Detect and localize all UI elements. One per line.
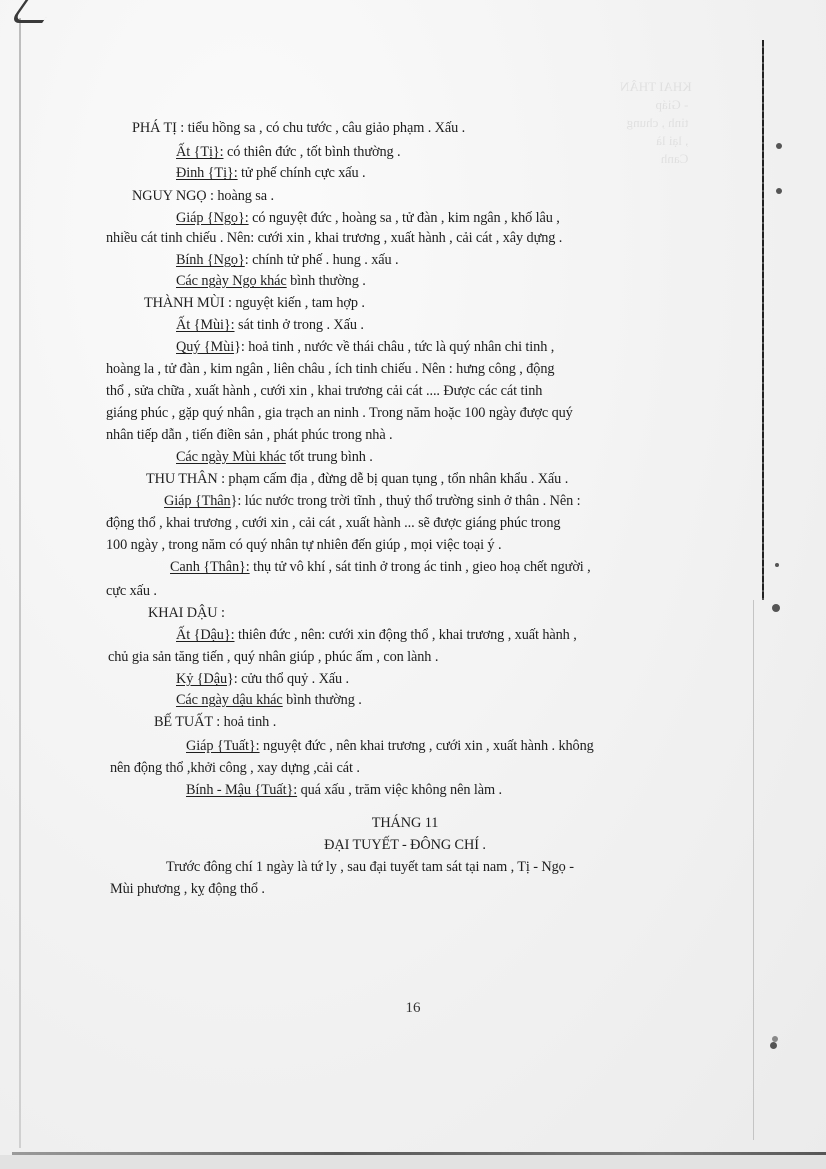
punch-hole [772,604,780,612]
day-line: Ất {Tị}: có thiên đức , tốt bình thường … [176,144,401,161]
day-line-cont: thổ , sửa chữa , xuất hành , cưới xin , … [106,383,542,400]
entry-desc: : hoả tinh . [213,714,276,730]
entry-title: THU THÂN [146,471,218,487]
section-intro-cont: Mùi phương , kỵ động thổ . [110,881,265,898]
entry-heading: THU THÂN : phạm cấm địa , đừng dễ bị qua… [146,471,568,488]
page-edge-bottom [12,1152,826,1155]
solar-terms-heading: ĐẠI TUYẾT - ĐÔNG CHÍ . [0,837,818,854]
entry-title: PHÁ TỊ [132,120,177,136]
day-text: tốt trung bình . [286,449,373,465]
entry-title: KHAI DẬU [148,605,217,621]
day-label: Giáp {Thân [164,493,231,509]
day-text: có thiên đức , tốt bình thường . [223,144,400,160]
day-text: có nguyệt đức , hoàng sa , tử đàn , kim … [249,210,560,226]
day-label: Bính {Ngọ} [176,252,245,268]
day-text: : chính tử phế . hung . xấu . [245,252,399,268]
day-line: Bính - Mậu {Tuất}: quá xấu , trăm việc k… [186,782,502,799]
entry-heading: KHAI DẬU : [148,605,225,622]
day-line: Các ngày Ngọ khác bình thường . [176,273,366,290]
day-label: Ất {Tị}: [176,144,223,160]
day-line-cont: cực xấu . [106,583,157,600]
day-label: Các ngày dậu khác [176,692,283,708]
punch-hole [776,143,782,149]
day-line-cont: 100 ngày , trong năm có quý nhân tự nhiê… [106,537,501,554]
day-line: Ất {Dậu}: thiên đức , nên: cưới xin động… [176,627,577,644]
entry-desc: : tiểu hồng sa , có chu tước , câu giảo … [177,120,465,136]
day-line-cont: hoàng la , tử đàn , kim ngân , liên châu… [106,361,554,378]
page-number: 16 [0,1000,826,1017]
day-label: Giáp {Ngọ}: [176,210,249,226]
day-line: Kỷ {Dậu}: cửu thổ quỷ . Xấu . [176,671,349,688]
day-text: bình thường . [287,273,366,289]
entry-heading: THÀNH MÙI : nguyệt kiến , tam hợp . [144,295,365,312]
day-line-cont: nên động thổ ,khởi công , xay dựng ,cải … [110,760,360,777]
day-text: nguyệt đức , nên khai trương , cưới xin … [260,738,594,754]
day-label: Các ngày Mùi khác [176,449,286,465]
day-label: Các ngày Ngọ khác [176,273,287,289]
day-text: tử phế chính cực xấu . [238,165,366,181]
punch-hole [776,188,782,194]
day-line-cont: chủ gia sản tăng tiến , quý nhân giúp , … [108,649,438,666]
day-line-cont: nhiều cát tinh chiếu . Nên: cưới xin , k… [106,230,562,247]
entry-title: NGUY NGỌ [132,188,207,204]
entry-heading: NGUY NGỌ : hoàng sa . [132,188,274,205]
day-line: Giáp {Thân}: lúc nước trong trời tĩnh , … [164,493,581,510]
day-line: Giáp {Tuất}: nguyệt đức , nên khai trươn… [186,738,594,755]
day-text: thiên đức , nên: cưới xin động thổ , kha… [235,627,577,643]
entry-heading: PHÁ TỊ : tiểu hồng sa , có chu tước , câ… [132,120,465,137]
day-text: quá xấu , trăm việc không nên làm . [297,782,502,798]
day-label: Canh {Thân}: [170,559,250,575]
day-text: }: hoả tinh , nước về thái châu , tức là… [234,339,554,355]
day-label: Bính - Mậu {Tuất}: [186,782,297,798]
day-label: Đinh {Tị}: [176,165,238,181]
entry-desc: : [217,605,224,621]
day-line-cont: nhân tiếp dẫn , tiến điền sản , phát phú… [106,427,393,444]
entry-desc: : nguyệt kiến , tam hợp . [225,295,365,311]
day-line: Các ngày Mùi khác tốt trung bình . [176,449,373,466]
entry-title: BẾ TUẤT [154,714,213,730]
day-label: Quý {Mùi [176,339,234,355]
section-intro: Trước đông chí 1 ngày là tứ ly , sau đại… [166,859,574,876]
entry-title: THÀNH MÙI [144,295,225,311]
folded-corner [9,0,60,23]
entry-heading: BẾ TUẤT : hoả tinh . [154,714,276,731]
day-text: }: cửu thổ quỷ . Xấu . [227,671,349,687]
punch-hole [775,563,779,567]
day-text: }: lúc nước trong trời tĩnh , thuỷ thổ t… [231,493,581,509]
page-edge-left [19,18,21,1148]
day-line: Giáp {Ngọ}: có nguyệt đức , hoàng sa , t… [176,210,560,227]
day-label: Ất {Mùi}: [176,317,235,333]
day-text: sát tinh ở trong . Xấu . [235,317,364,333]
bleed-through: KHAI THÂN - Giáp tinh , chung , lại là C… [620,78,692,168]
day-line: Bính {Ngọ}: chính tử phế . hung . xấu . [176,252,399,269]
day-line: Canh {Thân}: thụ tử vô khí , sát tinh ở … [170,559,591,576]
day-label: Giáp {Tuất}: [186,738,260,754]
binding-line [762,40,764,600]
day-text: thụ tử vô khí , sát tinh ở trong ác tinh… [250,559,591,575]
day-line: Đinh {Tị}: tử phế chính cực xấu . [176,165,366,182]
day-label: Kỷ {Dậu [176,671,227,687]
month-heading: THÁNG 11 [0,815,818,832]
day-label: Ất {Dậu}: [176,627,235,643]
day-line-cont: giáng phúc , gặp quý nhân , gia trạch an… [106,405,573,422]
day-line: Các ngày dậu khác bình thường . [176,692,362,709]
entry-desc: : hoàng sa . [207,188,274,204]
day-text: bình thường . [283,692,362,708]
binding-line-faint [753,600,754,1140]
entry-desc: : phạm cấm địa , đừng dễ bị quan tụng , … [218,471,569,487]
scanned-page: KHAI THÂN - Giáp tinh , chung , lại là C… [0,0,826,1169]
day-line-cont: động thổ , khai trương , cưới xin , cải … [106,515,560,532]
scanner-bed [0,1155,826,1169]
day-line: Quý {Mùi}: hoả tinh , nước về thái châu … [176,339,554,356]
day-line: Ất {Mùi}: sát tinh ở trong . Xấu . [176,317,364,334]
punch-hole [770,1042,777,1049]
